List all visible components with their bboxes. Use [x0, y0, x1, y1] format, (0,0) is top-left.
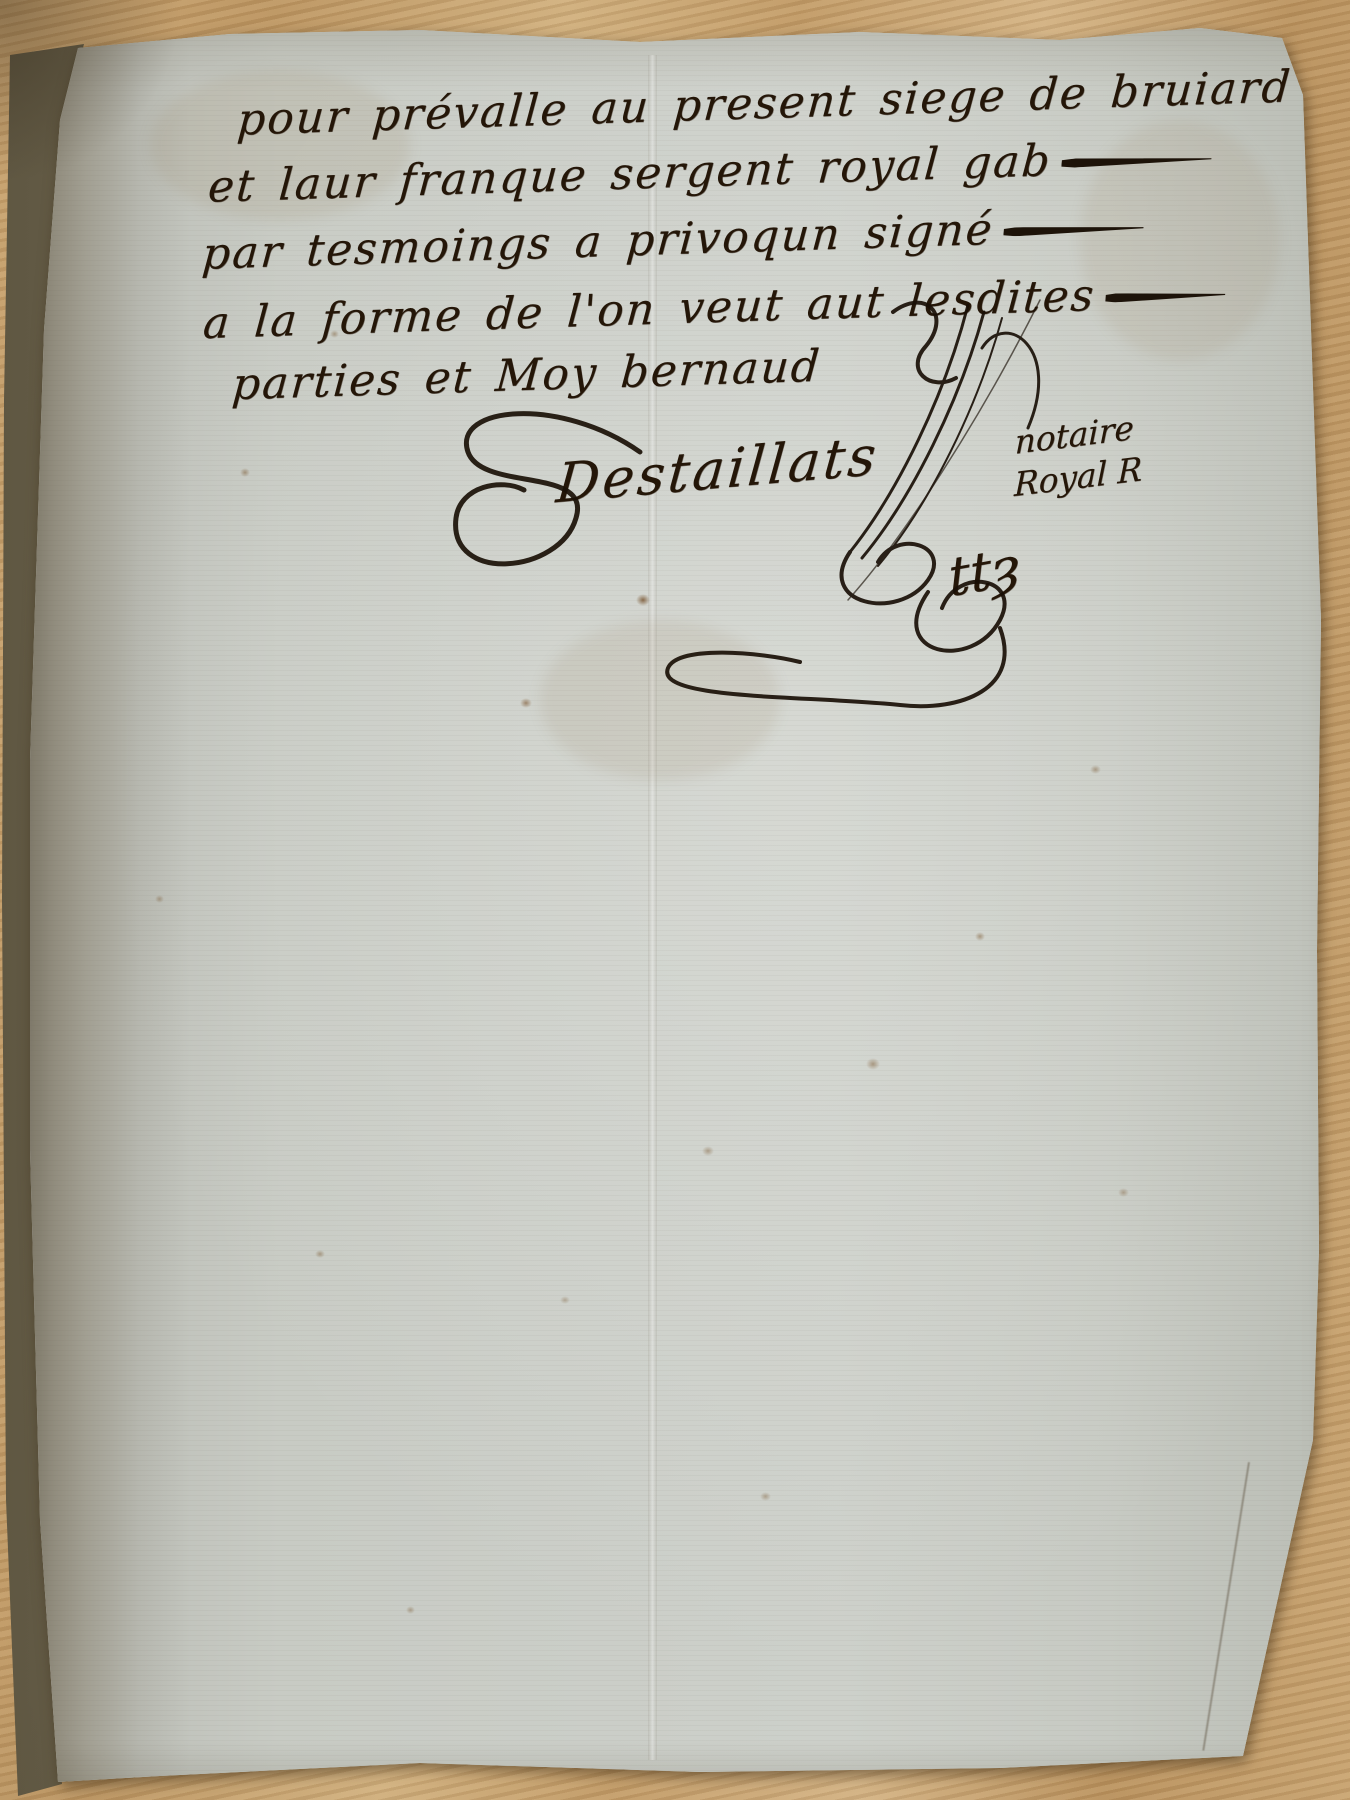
paraph-mark: ttȝ [946, 534, 1021, 610]
ink-line-filler [1061, 154, 1212, 168]
manuscript-page: pour prévalle au present siege de bruiar… [0, 0, 1350, 1800]
bottom-edge-shadow [0, 1740, 1350, 1800]
paper-wrap: pour prévalle au present siege de bruiar… [0, 0, 1350, 1800]
ink-line-filler [1105, 290, 1226, 303]
notary-title: notaire Royal R [1014, 406, 1143, 507]
ink-line-filler [1003, 223, 1144, 236]
gutter-shadow [0, 0, 190, 1800]
photo-scene: pour prévalle au present siege de bruiar… [0, 0, 1350, 1800]
